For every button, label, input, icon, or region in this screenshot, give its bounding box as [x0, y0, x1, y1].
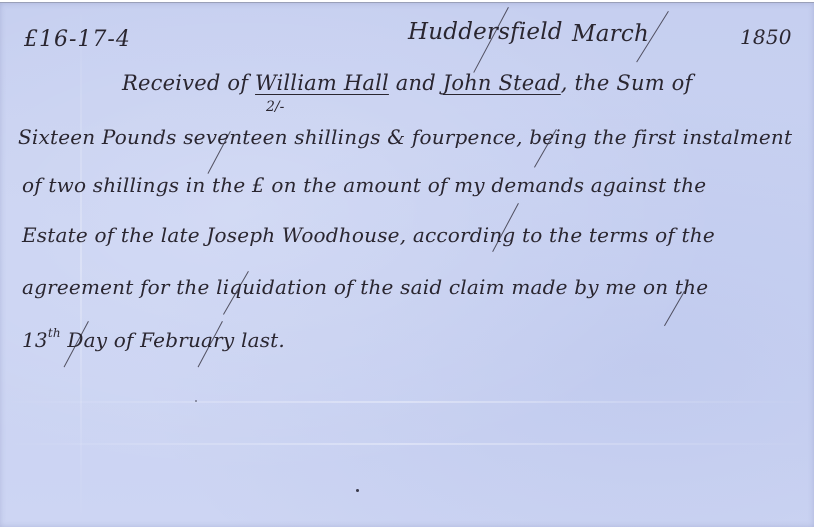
payer-name-1: William Hall: [255, 71, 389, 95]
receipt-line-3: of two shillings in the £ on the amount …: [22, 173, 706, 197]
paper-speck: [356, 489, 359, 492]
insertion-mark: 2/-: [266, 99, 284, 115]
text-received-of: Received of: [122, 71, 255, 95]
receipt-line-1: Received of William Hall and John Stead,…: [122, 71, 693, 95]
receipt-line-5: agreement for the liquidation of the sai…: [22, 275, 708, 299]
receipt-year: 1850: [740, 25, 792, 49]
date-suffix: th: [48, 326, 61, 340]
receipt-paper: £16-17-4 Huddersfield March 1850 Receive…: [0, 2, 814, 527]
receipt-place: Huddersfield: [408, 19, 563, 45]
receipt-line-4: Estate of the late Joseph Woodhouse, acc…: [22, 223, 715, 247]
text-and: and: [389, 71, 443, 95]
paper-speck: [195, 400, 197, 402]
receipt-amount: £16-17-4: [24, 27, 131, 52]
date-day: 13: [22, 328, 48, 352]
paper-fold-horizontal: [0, 443, 814, 445]
payer-name-2: John Stead: [443, 71, 561, 95]
paper-fold-vertical: [80, 3, 82, 527]
receipt-month: March: [572, 21, 649, 47]
paper-fold-horizontal: [0, 401, 814, 403]
receipt-line-6: 13th Day of February last.: [22, 326, 285, 352]
date-rest: Day of February last.: [61, 328, 285, 352]
text-sum-of: , the Sum of: [561, 71, 693, 95]
receipt-line-2: Sixteen Pounds seventeen shillings & fou…: [18, 125, 792, 149]
